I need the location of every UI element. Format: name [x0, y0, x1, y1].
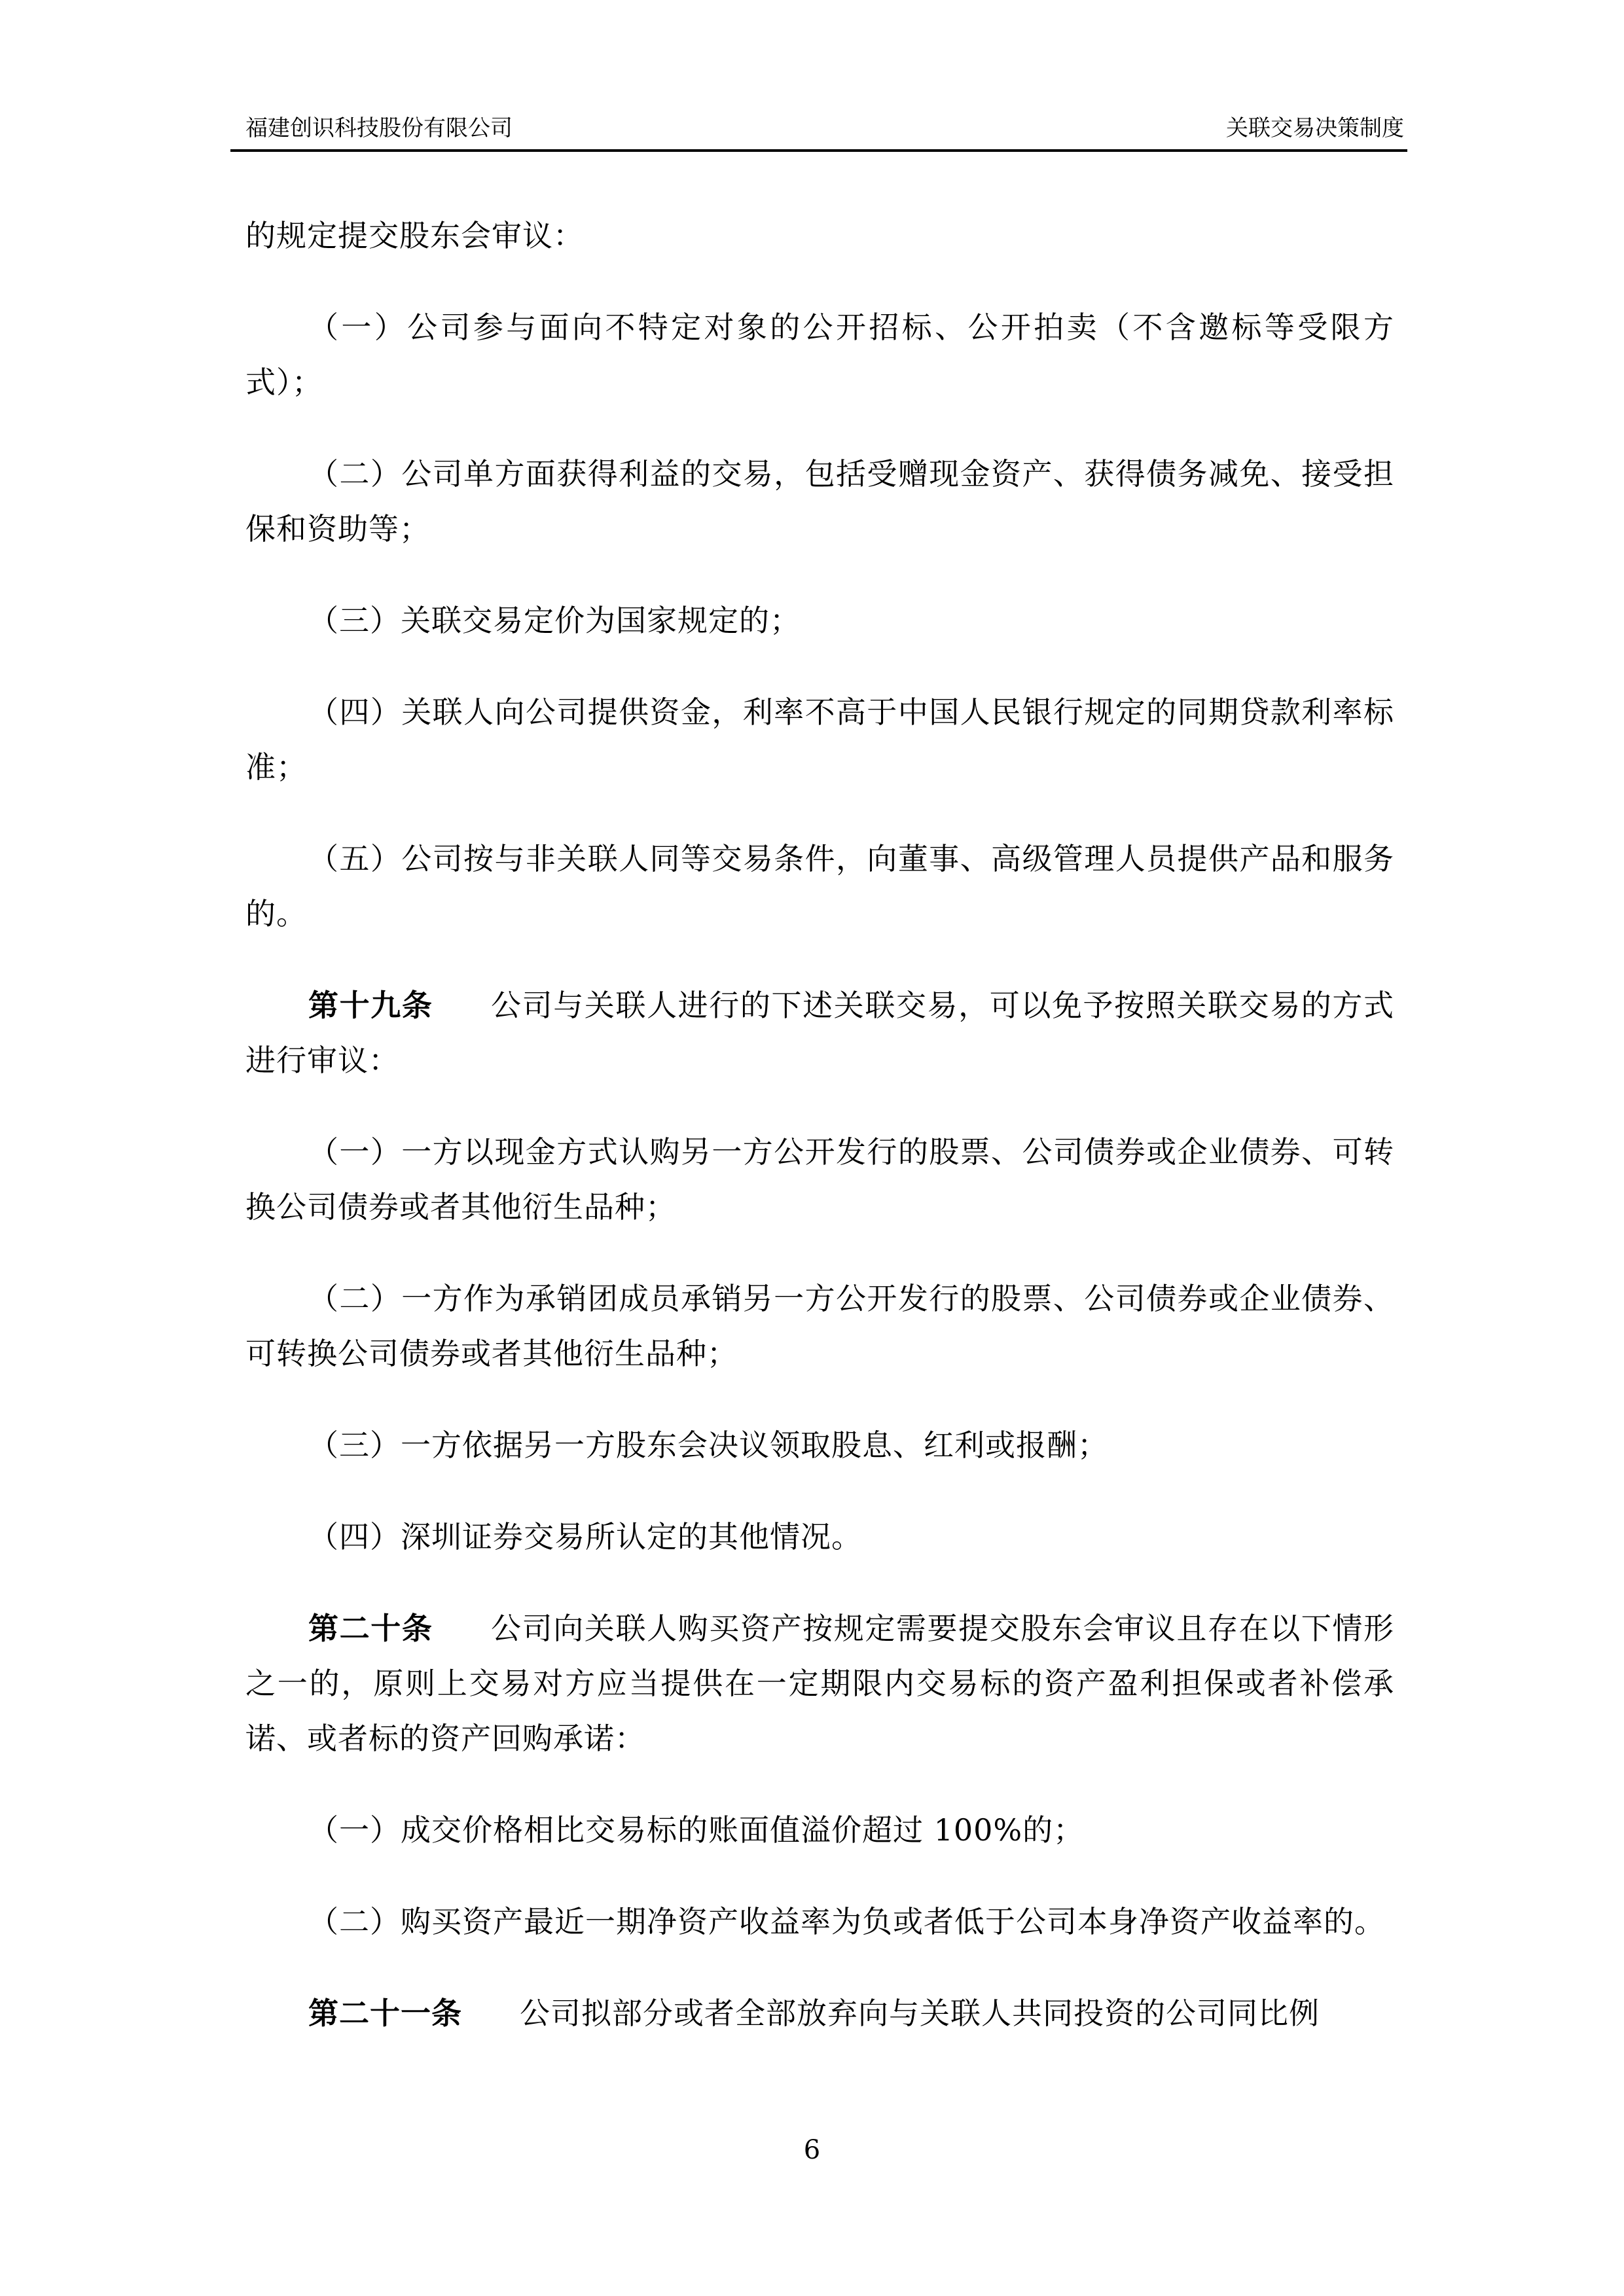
paragraph-text: （二）一方作为承销团成员承销另一方公开发行的股票、公司债券或企业债券、可转换公司… [245, 1281, 1394, 1371]
paragraph-text: （二）公司单方面获得利益的交易，包括受赠现金资产、获得债务减免、接受担保和资助等… [245, 456, 1394, 547]
paragraph: （三）关联交易定价为国家规定的； [245, 593, 1394, 648]
article-number: 第二十条 [308, 1611, 433, 1646]
article-paragraph: 第二十条公司向关联人购买资产按规定需要提交股东会审议且存在以下情形之一的，原则上… [245, 1601, 1394, 1766]
paragraph: （一）一方以现金方式认购另一方公开发行的股票、公司债券或企业债券、可转换公司债券… [245, 1124, 1394, 1234]
paragraph: （三）一方依据另一方股东会决议领取股息、红利或报酬； [245, 1418, 1394, 1473]
page-header: 福建创识科技股份有限公司 关联交易决策制度 [245, 110, 1404, 149]
paragraph: （二）购买资产最近一期净资产收益率为负或者低于公司本身净资产收益率的。 [245, 1894, 1394, 1949]
paragraph: （五）公司按与非关联人同等交易条件，向董事、高级管理人员提供产品和服务的。 [245, 831, 1394, 941]
paragraph-text: （三）一方依据另一方股东会决议领取股息、红利或报酬； [308, 1427, 1108, 1463]
article-paragraph: 第十九条公司与关联人进行的下述关联交易，可以免予按照关联交易的方式进行审议： [245, 978, 1394, 1088]
paragraph-text: 的规定提交股东会审议： [245, 218, 584, 253]
paragraph-text: （四）深圳证券交易所认定的其他情况。 [308, 1519, 862, 1554]
paragraph: （二）公司单方面获得利益的交易，包括受赠现金资产、获得债务减免、接受担保和资助等… [245, 446, 1394, 556]
article-paragraph: 第二十一条公司拟部分或者全部放弃向与关联人共同投资的公司同比例 [245, 1986, 1394, 2041]
paragraph-text: （四）关联人向公司提供资金，利率不高于中国人民银行规定的同期贷款利率标准； [245, 694, 1394, 785]
paragraph-text: （二）购买资产最近一期净资产收益率为负或者低于公司本身净资产收益率的。 [308, 1904, 1385, 1939]
paragraph: （四）深圳证券交易所认定的其他情况。 [245, 1509, 1394, 1564]
paragraph-text: （一）成交价格相比交易标的账面值溢价超过 100%的； [308, 1812, 1084, 1848]
paragraph-text: （五）公司按与非关联人同等交易条件，向董事、高级管理人员提供产品和服务的。 [245, 841, 1394, 931]
header-rule [230, 149, 1407, 152]
paragraph: （一）成交价格相比交易标的账面值溢价超过 100%的； [245, 1803, 1394, 1857]
paragraph-text: （三）关联交易定价为国家规定的； [308, 603, 801, 638]
paragraph: 的规定提交股东会审议： [245, 208, 1394, 263]
document-body: 的规定提交股东会审议： （一）公司参与面向不特定对象的公开招标、公开拍卖（不含邀… [245, 208, 1394, 2077]
header-document-title: 关联交易决策制度 [1226, 110, 1404, 142]
paragraph: （二）一方作为承销团成员承销另一方公开发行的股票、公司债券或企业债券、可转换公司… [245, 1271, 1394, 1381]
paragraph: （四）关联人向公司提供资金，利率不高于中国人民银行规定的同期贷款利率标准； [245, 685, 1394, 795]
page-number: 6 [0, 2135, 1624, 2165]
paragraph-text: （一）公司参与面向不特定对象的公开招标、公开拍卖（不含邀标等受限方式）； [245, 310, 1394, 400]
header-company-name: 福建创识科技股份有限公司 [245, 110, 513, 142]
paragraph-text: （一）一方以现金方式认购另一方公开发行的股票、公司债券或企业债券、可转换公司债券… [245, 1134, 1394, 1225]
article-number: 第十九条 [308, 988, 433, 1023]
paragraph-text: 公司拟部分或者全部放弃向与关联人共同投资的公司同比例 [520, 1996, 1320, 2031]
article-number: 第二十一条 [308, 1996, 462, 2031]
paragraph: （一）公司参与面向不特定对象的公开招标、公开拍卖（不含邀标等受限方式）； [245, 300, 1394, 410]
